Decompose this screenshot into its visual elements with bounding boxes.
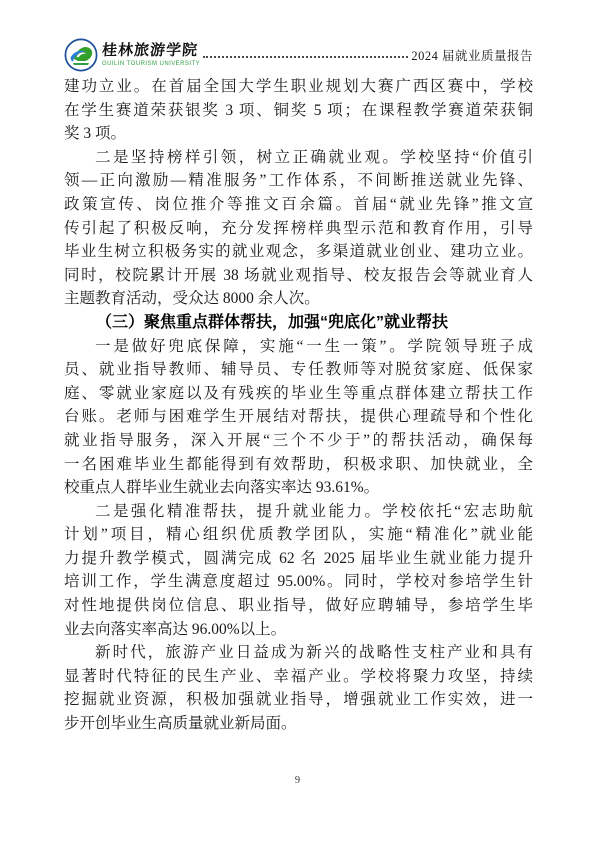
text-line: 主题教育活动，受众达 8000 余人次。 xyxy=(64,287,533,311)
text-line: 步开创毕业生高质量就业新局面。 xyxy=(64,712,533,736)
page-header: 桂林旅游学院 GUILIN TOURISM UNIVERSITY 2024 届就… xyxy=(64,36,533,74)
dotted-leader xyxy=(203,56,408,58)
text-line: 在学生赛道荣获银奖 3 项、铜奖 5 项；在课程教学赛道荣获铜 xyxy=(64,99,533,123)
report-title: 2024 届就业质量报告 xyxy=(411,46,533,64)
university-name-en: GUILIN TOURISM UNIVERSITY xyxy=(102,60,200,68)
text-line: 毕业生树立积极务实的就业观念，多渠道就业创业、建功立业。 xyxy=(64,240,533,264)
text-line: 显著时代特征的民生产业、幸福产业。学校将聚力攻坚，持续 xyxy=(64,665,533,689)
text-line: 计划”项目，精心组织优质教学团队，实施“精准化”就业能 xyxy=(64,523,533,547)
text-line: 庭、零就业家庭以及有残疾的毕业生等重点群体建立帮扶工作 xyxy=(64,382,533,406)
report-page: 桂林旅游学院 GUILIN TOURISM UNIVERSITY 2024 届就… xyxy=(0,0,595,842)
text-line: 挖掘就业资源，积极加强就业指导，增强就业工作实效，进一 xyxy=(64,688,533,712)
text-line: 对性地提供岗位信息、职业指导，做好应聘辅导，参培学生毕 xyxy=(64,594,533,618)
university-name-cn: 桂林旅游学院 xyxy=(101,43,200,60)
text-line: 就业指导服务，深入开展“三个不少于”的帮扶活动，确保每 xyxy=(64,429,533,453)
text-line: 领—正向激励—精准服务”工作体系，不间断推送就业先锋、 xyxy=(64,169,533,193)
university-logo-icon xyxy=(64,38,98,72)
university-logo: 桂林旅游学院 GUILIN TOURISM UNIVERSITY xyxy=(64,38,200,72)
text-line: 同时，校院累计开展 38 场就业观指导、校友报告会等就业育人 xyxy=(64,264,533,288)
text-line: 员、就业指导教师、辅导员、专任教师等对脱贫家庭、低保家 xyxy=(64,358,533,382)
section-heading: （三）聚焦重点群体帮扶，加强“兜底化”就业帮扶 xyxy=(64,311,533,335)
university-name: 桂林旅游学院 GUILIN TOURISM UNIVERSITY xyxy=(102,43,200,68)
text-line: 台账。老师与困难学生开展结对帮扶，提供心理疏导和个性化 xyxy=(64,405,533,429)
text-line: 奖 3 项。 xyxy=(64,122,533,146)
text-line: 培训工作，学生满意度超过 95.00%。同时，学校对参培学生针 xyxy=(64,570,533,594)
text-line: 二是坚持榜样引领，树立正确就业观。学校坚持“价值引 xyxy=(64,146,533,170)
text-line: 一是做好兜底保障，实施“一生一策”。学院领导班子成 xyxy=(64,335,533,359)
text-line: 力提升教学模式，圆满完成 62 名 2025 届毕业生就业能力提升 xyxy=(64,547,533,571)
text-line: 建功立业。在首届全国大学生职业规划大赛广西区赛中，学校 xyxy=(64,75,533,99)
text-line: 政策宣传、岗位推介等推文百余篇。首届“就业先锋”推文宣 xyxy=(64,193,533,217)
text-line: 传引起了积极反响，充分发挥榜样典型示范和教育作用，引导 xyxy=(64,217,533,241)
page-number: 9 xyxy=(0,775,595,786)
text-line: 新时代，旅游产业日益成为新兴的战略性支柱产业和具有 xyxy=(64,641,533,665)
text-line: 一名困难毕业生都能得到有效帮助，积极求职、加快就业，全 xyxy=(64,453,533,477)
text-line: 校重点人群毕业生就业去向落实率达 93.61%。 xyxy=(64,476,533,500)
text-line: 二是强化精准帮扶，提升就业能力。学校依托“宏志助航 xyxy=(64,500,533,524)
text-line: 业去向落实率高达 96.00%以上。 xyxy=(64,618,533,642)
document-body: 建功立业。在首届全国大学生职业规划大赛广西区赛中，学校 在学生赛道荣获银奖 3 … xyxy=(64,75,533,736)
